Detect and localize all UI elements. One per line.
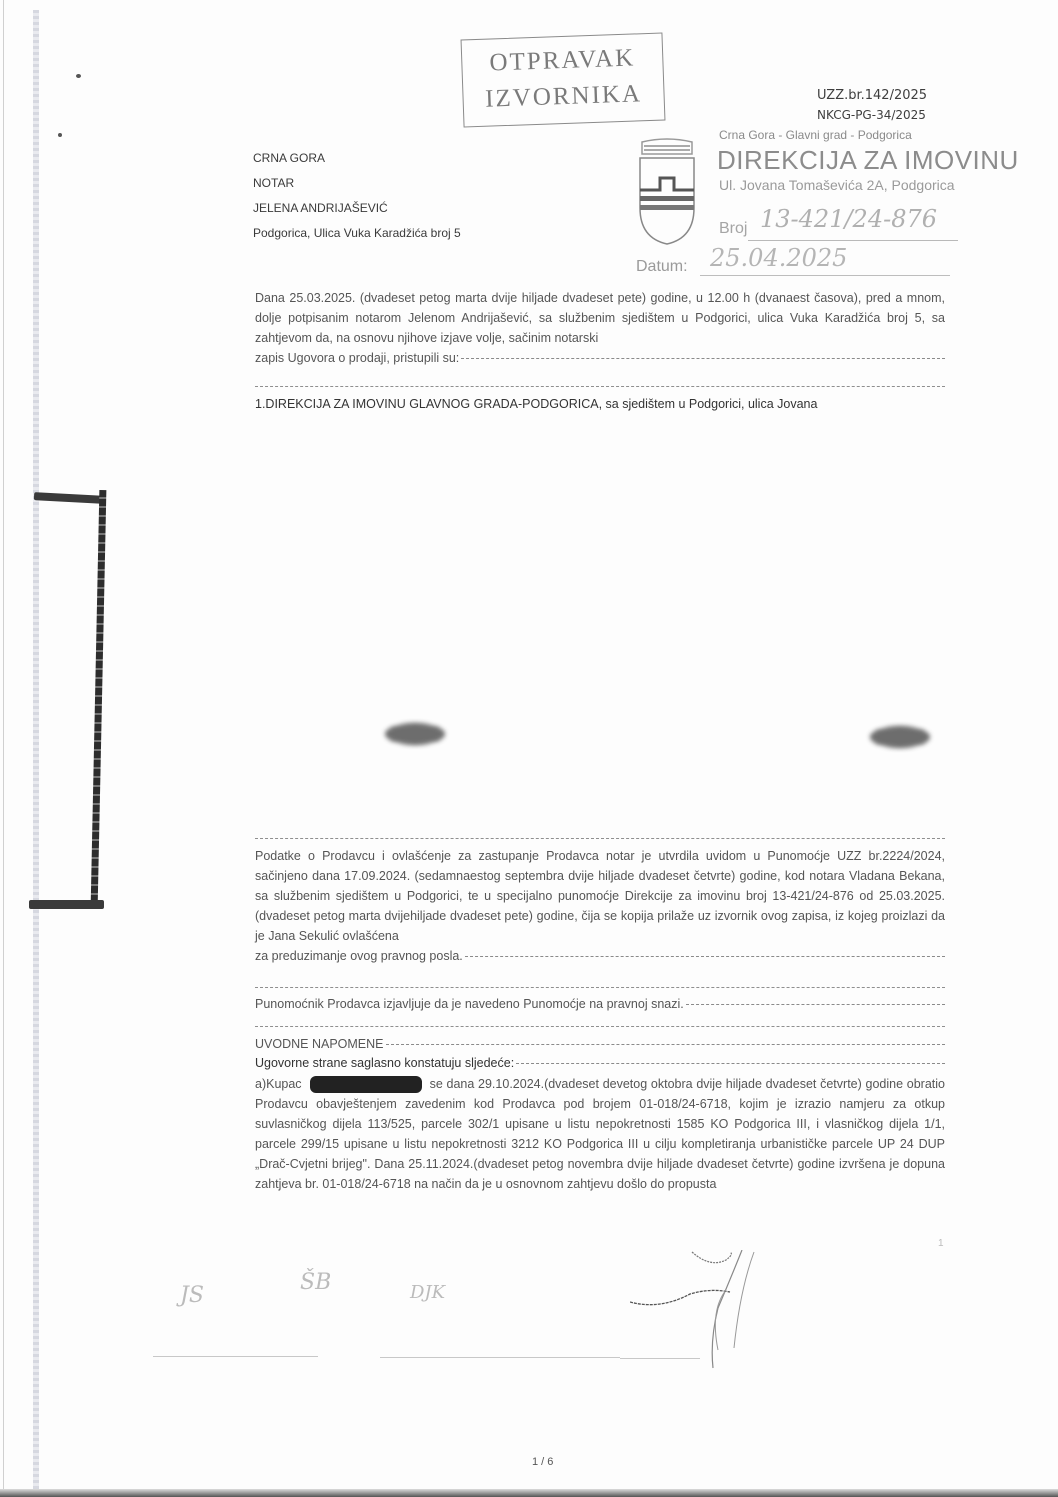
intro-notes-heading: UVODNE NAPOMENE	[255, 1034, 945, 1054]
initials-3: DJK	[410, 1282, 445, 1303]
validity-text: Punomoćnik Prodavca izjavljuje da je nav…	[255, 994, 684, 1014]
intro-paragraph: Dana 25.03.2025. (dvadeset petog marta d…	[255, 288, 945, 368]
intro-notes-text: UVODNE NAPOMENE	[255, 1034, 384, 1054]
coat-of-arms-icon	[636, 138, 698, 246]
initials-2: ŠB	[300, 1270, 331, 1295]
broj-label: Broj	[719, 220, 747, 238]
scan-edge	[3, 0, 4, 1497]
dash-filler	[516, 1063, 945, 1064]
notary-role: NOTAR	[253, 171, 461, 196]
datum-underline	[700, 275, 950, 276]
redaction-blur	[385, 723, 445, 745]
dash-filler	[386, 1044, 946, 1045]
broj-underline	[748, 240, 958, 241]
scan-bottom-edge	[0, 1489, 1058, 1497]
dash-filler	[686, 1004, 945, 1005]
notary-header: CRNA GORA NOTAR JELENA ANDRIJAŠEVIĆ Podg…	[253, 146, 461, 246]
dash-filler	[465, 956, 945, 957]
dash-separator	[255, 838, 945, 839]
directorate-title: DIREKCIJA ZA IMOVINU	[717, 145, 1019, 176]
datum-handwritten-value: 25.04.2025	[710, 244, 847, 272]
notary-address: Podgorica, Ulica Vuka Karadžića broj 5	[253, 221, 461, 246]
dash-separator	[255, 1026, 945, 1027]
directorate-address: Ul. Jovana Tomaševića 2A, Podgorica	[719, 177, 955, 193]
signature-line	[380, 1357, 620, 1358]
stamp-line-2: IZVORNIKA	[463, 76, 664, 119]
notary-signature-icon	[630, 1250, 830, 1370]
scan-streak	[33, 10, 39, 1497]
authority-text: Podatke o Prodavcu i ovlašćenje za zastu…	[255, 849, 945, 943]
page-number: 1 / 6	[532, 1456, 553, 1468]
authority-last-line: za preduzimanje ovog pravnog posla.	[255, 946, 463, 966]
item-a-text: se dana 29.10.2024.(dvadeset devetog okt…	[255, 1077, 945, 1191]
otpravak-stamp: OTPRAVAK IZVORNIKA	[461, 33, 666, 128]
notary-name: JELENA ANDRIJAŠEVIĆ	[253, 196, 461, 221]
authority-paragraph: Podatke o Prodavcu i ovlašćenje za zastu…	[255, 846, 945, 966]
binder-clip-side	[91, 490, 107, 908]
intro-last-line: zapis Ugovora o prodaji, pristupili su:	[255, 348, 459, 368]
dash-separator	[255, 987, 945, 988]
directorate-subtitle: Crna Gora - Glavni grad - Podgorica	[719, 128, 912, 142]
scan-speck	[76, 74, 81, 78]
scan-speck	[58, 133, 62, 137]
page-corner-mark: 1	[938, 1238, 944, 1249]
redaction-blur	[870, 726, 930, 748]
nkcg-reference: NKCG-PG-34/2025	[817, 108, 926, 122]
item-a-paragraph: a)Kupacse dana 29.10.2024.(dvadeset deve…	[255, 1074, 945, 1194]
initials-signature-line	[153, 1356, 318, 1357]
initials-1: JS	[180, 1283, 204, 1308]
parties-agree-line: Ugovorne strane saglasno konstatuju slje…	[255, 1053, 945, 1073]
broj-handwritten-value: 13-421/24-876	[760, 205, 937, 233]
uzz-reference: UZZ.br.142/2025	[817, 88, 927, 103]
datum-label: Datum:	[636, 258, 688, 276]
binder-clip-top	[34, 492, 104, 504]
dash-separator	[255, 386, 945, 387]
parties-agree-text: Ugovorne strane saglasno konstatuju slje…	[255, 1053, 514, 1073]
validity-line: Punomoćnik Prodavca izjavljuje da je nav…	[255, 994, 945, 1014]
item-a-prefix: a)Kupac	[255, 1077, 302, 1091]
party-1: 1.DIREKCIJA ZA IMOVINU GLAVNOG GRADA-POD…	[255, 394, 945, 414]
signature-line-right	[620, 1358, 700, 1359]
dash-filler	[461, 358, 945, 359]
country: CRNA GORA	[253, 146, 461, 171]
intro-text: Dana 25.03.2025. (dvadeset petog marta d…	[255, 291, 945, 345]
redacted-buyer-name	[310, 1076, 422, 1093]
binder-clip-bottom	[29, 900, 104, 909]
